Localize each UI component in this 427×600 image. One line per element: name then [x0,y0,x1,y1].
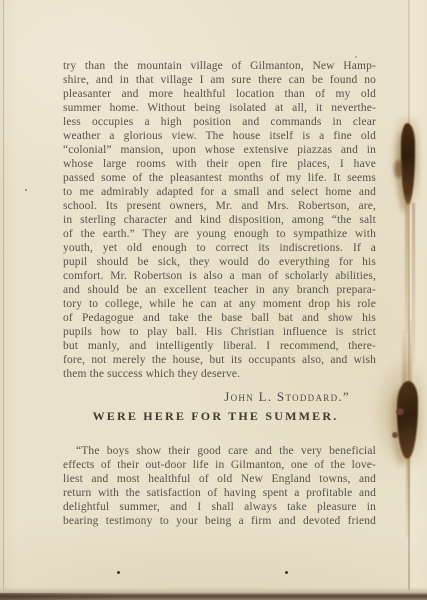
text-line: return with the satisfaction of having s… [63,486,376,500]
text-line: effects of their out-door life in Gilman… [63,458,376,472]
tape-stain-upper-bump [394,160,403,178]
text-line: bearing testimony to your being a firm a… [63,514,376,528]
page-bottom-edge-shadow [0,593,120,600]
tape-stain-lower-speck [392,432,398,438]
text-line: pupils how to play ball. His Christian i… [63,325,376,339]
stain-drip [405,203,409,333]
text-line: school. Its present owners, Mr. and Mrs.… [63,199,376,213]
text-line: passed some of the pleasantest months of… [63,171,376,185]
paper-speck [117,571,120,574]
text-line: shire, and in that village I am sure the… [63,73,376,87]
text-line: and should be an excellent teacher in an… [63,283,376,297]
book-page: try than the mountain village of Gilmant… [0,0,427,600]
text-line: to me admirably adapted for a small and … [63,185,376,199]
paper-speck [355,56,357,58]
stain-drip [412,203,415,363]
text-line: pupil should be sick, they would do ever… [63,255,376,269]
text-line: fore, not merely the house, but its occu… [63,353,376,367]
left-page-crease [3,0,4,600]
paper-speck [285,571,288,574]
text-line: liest and most healthful of old New Engl… [63,472,376,486]
letter-paragraph: try than the mountain village of Gilmant… [63,59,376,381]
text-line: summer home. Without being isolated at a… [63,101,376,115]
text-line: of the earth.” They are young enough to … [63,227,376,241]
signature: John L. Stoddard.” [63,389,376,405]
paper-speck [25,189,27,191]
text-line: pleasanter and more healthful location t… [63,87,376,101]
text-line: “colonial” mansion, upon whose extensive… [63,143,376,157]
text-line: weather a glorious view. The house itsel… [63,129,376,143]
text-line: “The boys show their good care and the v… [63,444,376,458]
text-line: try than the mountain village of Gilmant… [63,59,376,73]
text-line: but manly, and intelligently liberal. I … [63,339,376,353]
text-line: in sterling character and kind dispositi… [63,213,376,227]
text-line: of Pedagogue and take the base ball bat … [63,311,376,325]
text-line: youth, yet old enough to correct its ind… [63,241,376,255]
stain-drip [406,458,410,538]
tape-stain-lower-speck [396,408,404,415]
text-line: comfort. Mr. Robertson is also a man of … [63,269,376,283]
text-line: tory to college, while he can at any mom… [63,297,376,311]
text-line: whose large rooms with their open fire p… [63,157,376,171]
text-line: delightful summer, and I shall always ta… [63,500,376,514]
text-line: them the success which they deserve. [63,367,376,381]
section-heading: WERE HERE FOR THE SUMMER. [43,409,388,424]
testimonial-paragraph: “The boys show their good care and the v… [63,444,376,528]
text-line: less occupies a high position and comman… [63,115,376,129]
